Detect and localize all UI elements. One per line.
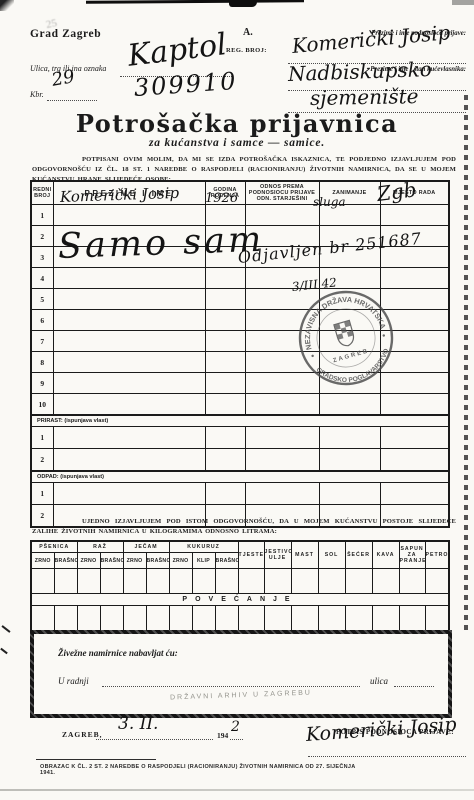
group-psenica: PŠENICA — [31, 541, 77, 553]
sub-brasno: BRAŠNO — [54, 553, 77, 569]
person-cell — [53, 289, 205, 310]
person-cell — [53, 331, 205, 352]
person-cell — [205, 268, 245, 289]
row1-occupation-value: sluga — [313, 196, 346, 208]
group-raz: RAŽ — [77, 541, 123, 553]
person-cell — [53, 373, 205, 394]
person-cell — [205, 289, 245, 310]
archive-stamp-watermark: DRŽAVNI ARHIV U ZAGREBU — [34, 685, 448, 706]
prirast-section-row: PRIRAST: (ispunjava vlast) — [31, 415, 449, 427]
supply-cell — [169, 606, 192, 632]
sub-brasno: BRAŠNO — [215, 553, 238, 569]
person-cell — [53, 427, 205, 449]
year-line — [230, 739, 243, 740]
signature-value: Komerički Josip — [305, 715, 457, 744]
person-cell — [205, 449, 245, 472]
person-cell — [205, 394, 245, 416]
street-field-label-box: ulica — [370, 676, 388, 686]
supply-cell — [291, 569, 318, 594]
supplies-table: PŠENICA RAŽ JEČAM KUKURUZ TJESTENINE JES… — [30, 540, 450, 632]
group-sapun: SAPUN ZA PRANJE — [399, 541, 425, 569]
supply-cell — [100, 569, 123, 594]
supply-cell — [146, 606, 169, 632]
date-value: 3. II. — [118, 716, 158, 733]
person-cell — [53, 394, 205, 416]
row-number: 1 — [31, 427, 53, 449]
person-cell — [245, 427, 319, 449]
purchase-intro: Živežne namirnice nabavljat ću: — [58, 648, 178, 658]
supply-cell — [425, 606, 449, 632]
street-field-value: Kaptol — [126, 30, 228, 72]
person-cell — [205, 331, 245, 352]
person-cell — [319, 427, 380, 449]
supply-cell — [264, 606, 291, 632]
reg-number-label: REG. BROJ: — [226, 47, 267, 54]
supply-cell — [123, 606, 146, 632]
section-letter: A. — [243, 27, 253, 38]
person-cell — [245, 394, 319, 416]
person-cell — [380, 289, 449, 310]
row-number: 8 — [31, 352, 53, 373]
person-cell — [53, 449, 205, 472]
table-row: 10 — [31, 394, 449, 416]
footnote-text: OBRAZAC K ČL. 2 ST. 2 NAREDBE O RASPODJE… — [40, 764, 370, 776]
scan-artifact-slash — [1, 625, 10, 633]
owner-field-value-line1: Nadbiskupsko — [288, 59, 433, 84]
year-value: 2 — [231, 720, 240, 734]
person-cell — [205, 352, 245, 373]
house-number-line — [47, 100, 97, 101]
scan-artifact-edge — [452, 0, 474, 5]
supply-cell — [31, 606, 54, 632]
signature-line — [308, 756, 466, 757]
house-number-label: Kbr. — [30, 90, 44, 99]
supply-cell — [77, 569, 100, 594]
row-number: 4 — [31, 268, 53, 289]
perforation-edge — [464, 95, 468, 635]
supply-cell — [215, 569, 238, 594]
group-sol: SOL — [318, 541, 345, 569]
supplies-entry-row — [31, 569, 449, 594]
person-cell — [53, 268, 205, 289]
person-cell — [205, 483, 245, 505]
form-subtitle: za kućanstva i samce — samice. — [0, 137, 474, 149]
scanned-form-page: 25 Grad Zagreb Ulica, trg ili ina oznaka… — [0, 0, 474, 800]
scan-artifact-corner — [0, 0, 14, 11]
supply-cell — [123, 569, 146, 594]
table-row: 4 — [31, 268, 449, 289]
odpad-section-label: ODPAD: (ispunjava vlast) — [31, 471, 449, 483]
applicant-field-value: Komerički Josip — [291, 22, 451, 56]
row1-name-value: Komerički Josip — [60, 186, 180, 205]
row-number: 7 — [31, 331, 53, 352]
supply-cell — [54, 606, 77, 632]
supply-cell — [291, 606, 318, 632]
person-cell — [319, 449, 380, 472]
city-heading: Grad Zagreb — [30, 28, 101, 40]
supply-cell — [399, 606, 425, 632]
supply-cell — [77, 606, 100, 632]
supply-cell — [345, 606, 372, 632]
group-jecam: JEČAM — [123, 541, 169, 553]
col-header-num: REDNI BROJ — [31, 181, 53, 205]
supplies-entry-row — [31, 606, 449, 632]
supply-cell — [54, 569, 77, 594]
person-cell — [380, 427, 449, 449]
supply-cell — [318, 569, 345, 594]
group-petrolej: PETROLEJ — [425, 541, 449, 569]
person-cell — [205, 427, 245, 449]
coat-of-arms-shield — [334, 320, 356, 347]
table-row: 1 — [31, 427, 449, 449]
row1-birth-year-value: 1926 — [205, 192, 238, 205]
row-number: 3 — [31, 247, 53, 268]
row-number: 2 — [31, 449, 53, 472]
declaration-paragraph-2: UJEDNO IZJAVLJUJEM POD ISTOM ODGOVORNOŠĆ… — [32, 517, 456, 537]
row-number: 5 — [31, 289, 53, 310]
sub-zrno: ZRNO — [123, 553, 146, 569]
odpad-section-row: ODPAD: (ispunjava vlast) — [31, 471, 449, 483]
house-number-value: 29 — [50, 68, 76, 90]
supply-cell — [238, 569, 264, 594]
supplies-group-header-row: PŠENICA RAŽ JEČAM KUKURUZ TJESTENINE JES… — [31, 541, 449, 553]
group-kukuruz: KUKURUZ — [169, 541, 238, 553]
supply-cell — [372, 606, 399, 632]
supply-cell — [192, 569, 215, 594]
group-mast: MAST — [291, 541, 318, 569]
scan-artifact-mark — [229, 0, 257, 7]
increase-row: POVEĆANJE — [31, 594, 449, 606]
group-tjestenine: TJESTENINE — [238, 541, 264, 569]
person-cell — [53, 310, 205, 331]
person-cell — [319, 483, 380, 505]
person-cell — [205, 373, 245, 394]
sub-brasno: BRAŠNO — [146, 553, 169, 569]
person-cell — [245, 449, 319, 472]
row1-workplace-value: Zgb — [376, 179, 418, 204]
place-label: ZAGREB, — [62, 730, 103, 739]
reg-number-value: 309910 — [133, 69, 238, 100]
row-number: 1 — [31, 483, 53, 505]
person-cell — [380, 483, 449, 505]
person-cell — [380, 268, 449, 289]
col-header-relation: ODNOS PREMA PODNOSIOCU PRIJAVE ODN. STAR… — [245, 181, 319, 205]
sub-zrno: ZRNO — [31, 553, 54, 569]
supply-cell — [345, 569, 372, 594]
shop-field-line — [102, 686, 360, 687]
scan-artifact-slash — [0, 648, 8, 655]
scan-artifact-bottom-shadow — [0, 789, 474, 791]
shop-field-label: U radnji — [58, 676, 89, 686]
supply-cell — [100, 606, 123, 632]
supply-cell — [238, 606, 264, 632]
sub-brasno: BRAŠNO — [100, 553, 123, 569]
row-number: 1 — [31, 205, 53, 226]
supply-cell — [318, 606, 345, 632]
group-kava: KAVA — [372, 541, 399, 569]
person-cell — [380, 394, 449, 416]
person-cell — [53, 483, 205, 505]
supply-cell — [31, 569, 54, 594]
person-cell — [380, 449, 449, 472]
sub-klip: KLIP — [192, 553, 215, 569]
scan-artifact-line — [86, 0, 304, 3]
table-row: 2 — [31, 449, 449, 472]
row-number: 9 — [31, 373, 53, 394]
table-row: 1 — [31, 483, 449, 505]
purchase-box: Živežne namirnice nabavljat ću: U radnji… — [30, 630, 452, 718]
supply-cell — [425, 569, 449, 594]
supply-cell — [264, 569, 291, 594]
date-line — [96, 739, 213, 740]
prirast-section-label: PRIRAST: (ispunjava vlast) — [31, 415, 449, 427]
owner-field-value-line2: sjemenište — [310, 86, 419, 108]
person-cell — [380, 205, 449, 226]
stamp-text-center: ZAGREB — [332, 348, 370, 364]
supply-cell — [146, 569, 169, 594]
handwritten-annotation-big: Samo sam — [57, 223, 264, 265]
person-cell — [245, 483, 319, 505]
supply-cell — [169, 569, 192, 594]
footnote-rule — [36, 759, 156, 760]
supply-cell — [215, 606, 238, 632]
row-number: 10 — [31, 394, 53, 416]
row-number: 6 — [31, 310, 53, 331]
year-prefix: 194 — [217, 731, 228, 740]
person-cell — [53, 352, 205, 373]
supply-cell — [399, 569, 425, 594]
sub-zrno: ZRNO — [77, 553, 100, 569]
row-number: 2 — [31, 226, 53, 247]
group-jestivo-ulje: JESTIVO ULJE — [264, 541, 291, 569]
person-cell — [319, 394, 380, 416]
group-secer: ŠEĆER — [345, 541, 372, 569]
sub-zrno: ZRNO — [169, 553, 192, 569]
increase-label: POVEĆANJE — [31, 594, 449, 606]
supply-cell — [192, 606, 215, 632]
supply-cell — [372, 569, 399, 594]
person-cell — [205, 310, 245, 331]
form-title: Potrošačka prijavnica — [0, 109, 474, 138]
